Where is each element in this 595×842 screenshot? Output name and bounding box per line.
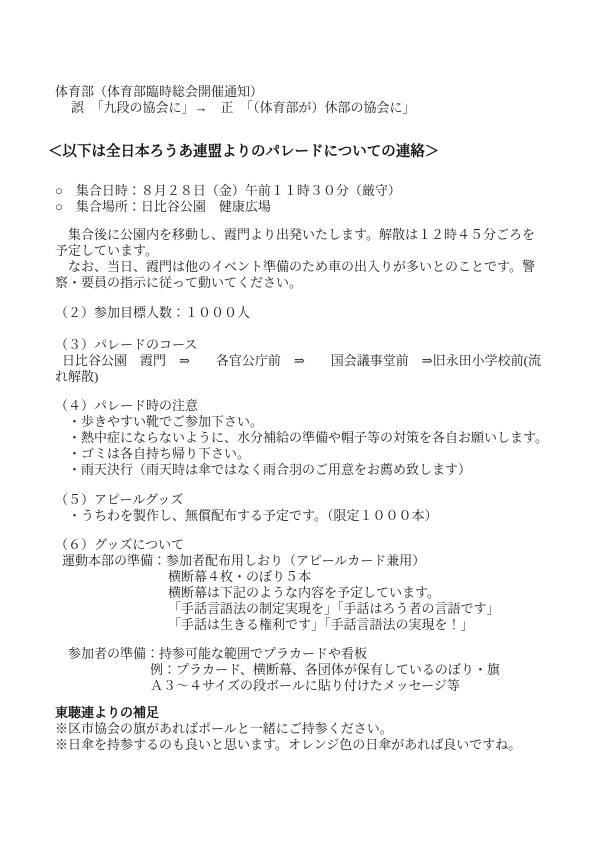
item3-route-line-1: 日比谷公園 霞門 ⇒ 各官公庁前 ⇒ 国会議事堂前 ⇒旧永田小学校前(流 xyxy=(62,353,541,368)
item6-hq-label: 運動本部の準備：参加者配布用しおり（アピールカード兼用） xyxy=(62,553,425,568)
section-heading: ＜以下は全日本ろうあ連盟よりのパレードについての連絡＞ xyxy=(48,145,439,160)
item6-hq-line-1: 横断幕４枚・のぼり５本 xyxy=(168,569,311,584)
supplement-note-1: ※区市協会の旗があればポールと一緒にご持参ください。 xyxy=(55,721,393,736)
item6-participant-line-1: 例：プラカード、横断幕、各団体が保有しているのぼり・旗 xyxy=(150,662,500,677)
paragraph1-line-1: 集合後に公園内を移動し、霞門より出発いたします。解散は１２時４５分ごろを xyxy=(55,227,535,242)
paragraph1-line-2: 予定しています。 xyxy=(55,243,158,258)
document-page: 体育部（体育部臨時総会開催通知） 誤 「九段の協会に」→ 正 「（体育部が）休部… xyxy=(0,0,595,842)
item5-bullet: ・うちわを製作し、無償配布する予定です。（限定１０００本） xyxy=(68,508,437,523)
item6-participant-line-2: Ａ３～４サイズの段ボールに貼り付けたメッセージ等 xyxy=(150,678,460,693)
item5-title: （５）アピールグッズ xyxy=(55,492,183,507)
paragraph1-line-3: なお、当日、霞門は他のイベント準備のため車の出入りが多いとのことです。警 xyxy=(55,259,535,274)
item3-route-line-2: れ解散) xyxy=(55,369,98,384)
item6-hq-line-3: 「手話言語法の制定実現を」「手話はろう者の言語です」 xyxy=(168,601,500,616)
item4-bullet-1: ・歩きやすい靴でご参加下さい。 xyxy=(68,414,263,429)
supplement-note-2: ※日傘を持参するのも良いと思います。オレンジ色の日傘があれば良いですね。 xyxy=(55,737,521,752)
item6-participant-label: 参加者の準備：持参可能な範囲でプラカードや看板 xyxy=(68,646,367,661)
assembly-datetime: ○ 集合日時：８月２８日（金）午前１１時３０分（厳守） xyxy=(55,183,401,198)
paragraph1-line-4: 察・要員の指示に従って動いてください。 xyxy=(55,275,302,290)
correction-line-1: 体育部（体育部臨時総会開催通知） xyxy=(55,84,263,99)
item6-hq-line-2: 横断幕は下記のような内容を予定しています。 xyxy=(168,585,440,600)
item3-title: （３）パレードのコース xyxy=(55,337,197,352)
item4-bullet-2: ・熱中症にならないように、水分補給の準備や帽子等の対策を各自お願いします。 xyxy=(68,430,548,445)
item4-bullet-4: ・雨天決行（雨天時は傘ではなく雨合羽のご用意をお薦め致します） xyxy=(68,462,471,477)
assembly-place: ○ 集合場所：日比谷公園 健康広場 xyxy=(55,199,271,214)
item4-title: （４）パレード時の注意 xyxy=(55,398,198,413)
correction-line-2: 誤 「九段の協会に」→ 正 「（体育部が）休部の協会に」 xyxy=(71,100,416,115)
item6-title: （６）グッズについて xyxy=(55,537,184,552)
item4-bullet-3: ・ゴミは各自持ち帰り下さい。 xyxy=(68,446,250,461)
supplement-title: 東聴連よりの補足 xyxy=(55,705,159,720)
item2-title: （２）参加目標人数：１０００人 xyxy=(55,305,250,320)
item6-hq-line-4: 「手話は生きる権利です」「手話言語法の実現を！」 xyxy=(168,617,474,632)
